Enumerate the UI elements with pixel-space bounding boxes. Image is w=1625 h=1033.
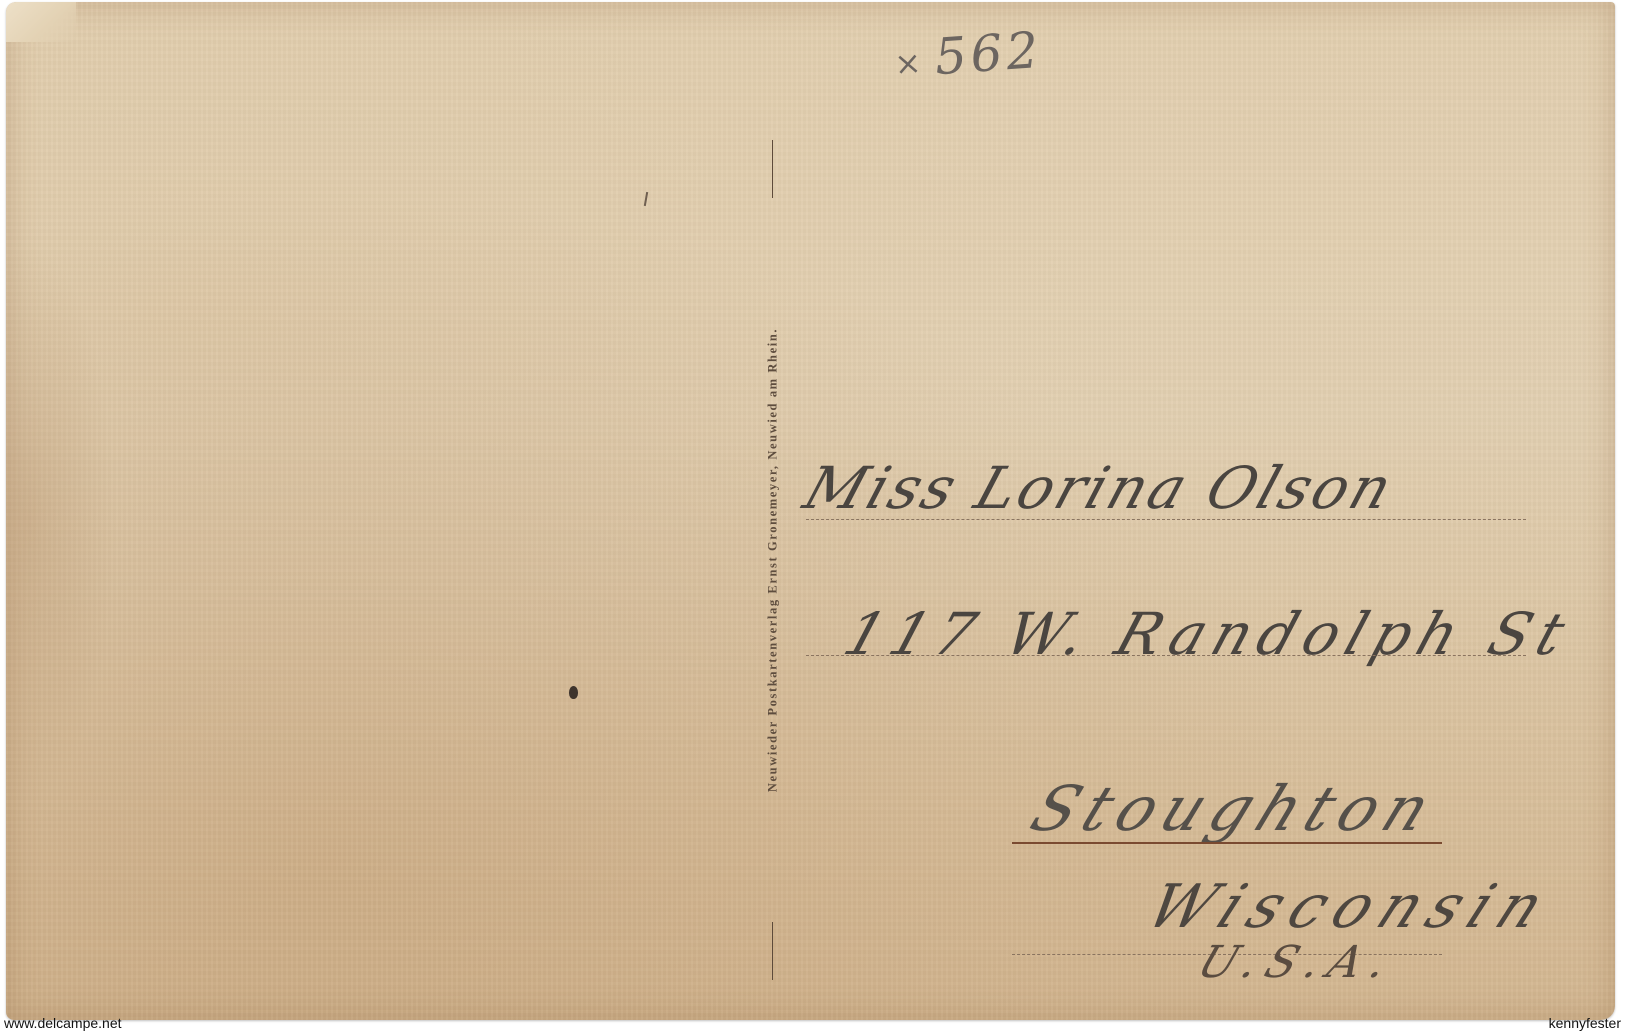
- publisher-imprint: Neuwieder Postkartenverlag Ernst Groneme…: [766, 328, 781, 792]
- divider-line-bottom: [772, 922, 773, 980]
- address-line-2: [806, 655, 1526, 656]
- catalog-value: 562: [933, 21, 1044, 86]
- worn-corner: [6, 2, 76, 42]
- age-stain: [6, 242, 116, 802]
- center-divider: Neuwieder Postkartenverlag Ernst Groneme…: [758, 140, 788, 980]
- recipient-name: Miss Lorina Olson: [796, 454, 1403, 522]
- recipient-street: 117 W. Randolph St: [836, 600, 1581, 668]
- divider-line-top: [772, 140, 773, 198]
- watermark-site: www.delcampe.net: [4, 1015, 122, 1031]
- address-line-3: [1012, 842, 1442, 844]
- ink-mark: [644, 192, 648, 206]
- ink-speck: [569, 686, 578, 699]
- recipient-city: Stoughton: [1021, 772, 1449, 845]
- recipient-state: Wisconsin: [1136, 872, 1565, 942]
- recipient-country: U.S.A.: [1191, 937, 1405, 988]
- watermark-seller: kennyfester: [1549, 1015, 1621, 1031]
- postcard-back: ×562 Neuwieder Postkartenverlag Ernst Gr…: [6, 2, 1615, 1020]
- handwritten-catalog-number: ×562: [892, 21, 1044, 89]
- catalog-prefix: ×: [893, 43, 926, 83]
- address-line-1: [806, 519, 1526, 520]
